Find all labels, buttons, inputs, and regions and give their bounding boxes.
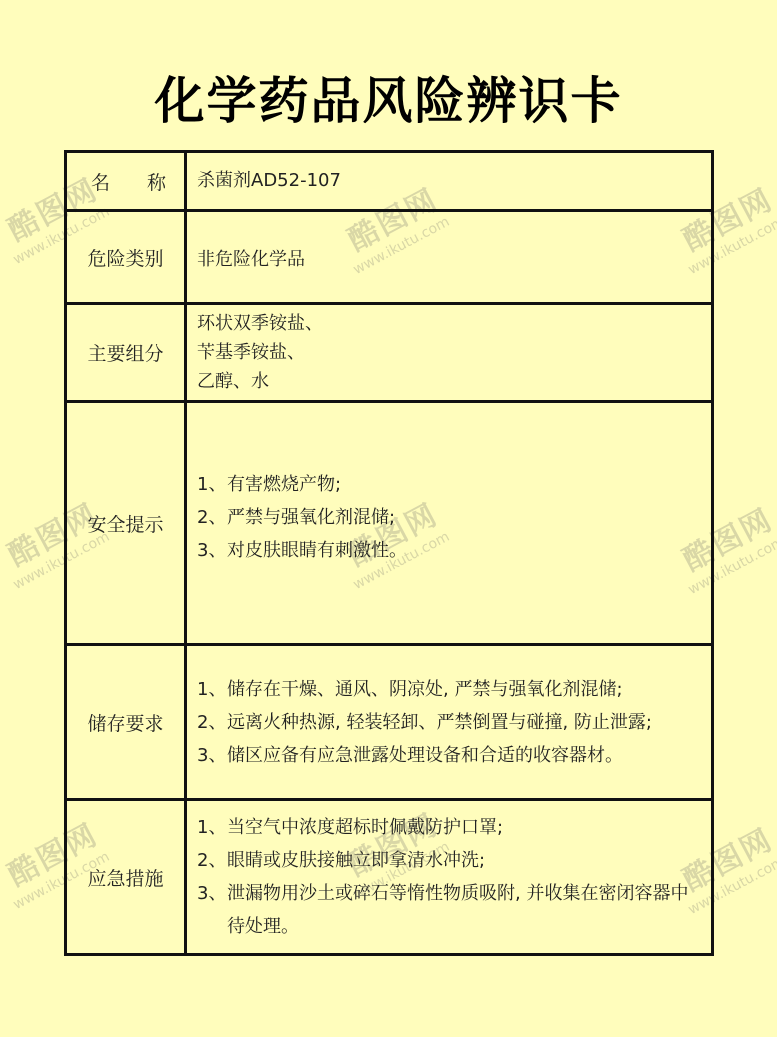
label-hazard-class: 危险类别 (66, 211, 186, 304)
value-safety: 1、有害燃烧产物; 2、严禁与强氧化剂混储; 3、对皮肤眼睛有刺激性。 (186, 402, 713, 645)
safety-item: 2、严禁与强氧化剂混储; (197, 501, 711, 534)
row-emergency: 应急措施 1、当空气中浓度超标时佩戴防护口罩; 2、眼睛或皮肤接触立即拿清水冲洗… (66, 800, 713, 955)
component-line: 苄基季铵盐、 (197, 338, 711, 367)
row-storage: 储存要求 1、储存在干燥、通风、阴凉处, 严禁与强氧化剂混储; 2、远离火种热源… (66, 645, 713, 800)
value-components: 环状双季铵盐、 苄基季铵盐、 乙醇、水 (186, 304, 713, 402)
component-line: 乙醇、水 (197, 367, 711, 396)
emergency-item: 2、眼睛或皮肤接触立即拿清水冲洗; (197, 844, 711, 877)
storage-item: 3、储区应备有应急泄露处理设备和合适的收容器材。 (197, 739, 711, 772)
label-emergency: 应急措施 (66, 800, 186, 955)
label-storage: 储存要求 (66, 645, 186, 800)
row-hazard-class: 危险类别 非危险化学品 (66, 211, 713, 304)
label-name-left: 名 (91, 168, 110, 195)
label-components: 主要组分 (66, 304, 186, 402)
label-safety: 安全提示 (66, 402, 186, 645)
safety-item: 1、有害燃烧产物; (197, 468, 711, 501)
label-name: 名 称 (66, 152, 186, 211)
value-name: 杀菌剂AD52-107 (186, 152, 713, 211)
value-storage: 1、储存在干燥、通风、阴凉处, 严禁与强氧化剂混储; 2、远离火种热源, 轻装轻… (186, 645, 713, 800)
safety-item: 3、对皮肤眼睛有刺激性。 (197, 534, 711, 567)
risk-card-table: 名 称 杀菌剂AD52-107 危险类别 非危险化学品 主要组分 环状双季铵盐、… (64, 150, 714, 956)
component-line: 环状双季铵盐、 (197, 309, 711, 338)
row-safety: 安全提示 1、有害燃烧产物; 2、严禁与强氧化剂混储; 3、对皮肤眼睛有刺激性。 (66, 402, 713, 645)
page-title: 化学药品风险辨识卡 (0, 66, 777, 136)
storage-item: 2、远离火种热源, 轻装轻卸、严禁倒置与碰撞, 防止泄露; (197, 706, 711, 739)
row-components: 主要组分 环状双季铵盐、 苄基季铵盐、 乙醇、水 (66, 304, 713, 402)
emergency-item: 3、泄漏物用沙土或碎石等惰性物质吸附, 并收集在密闭容器中待处理。 (197, 877, 711, 943)
row-name: 名 称 杀菌剂AD52-107 (66, 152, 713, 211)
label-name-right: 称 (147, 168, 166, 195)
storage-item: 1、储存在干燥、通风、阴凉处, 严禁与强氧化剂混储; (197, 673, 711, 706)
value-emergency: 1、当空气中浓度超标时佩戴防护口罩; 2、眼睛或皮肤接触立即拿清水冲洗; 3、泄… (186, 800, 713, 955)
value-hazard-class: 非危险化学品 (186, 211, 713, 304)
emergency-item: 1、当空气中浓度超标时佩戴防护口罩; (197, 811, 711, 844)
